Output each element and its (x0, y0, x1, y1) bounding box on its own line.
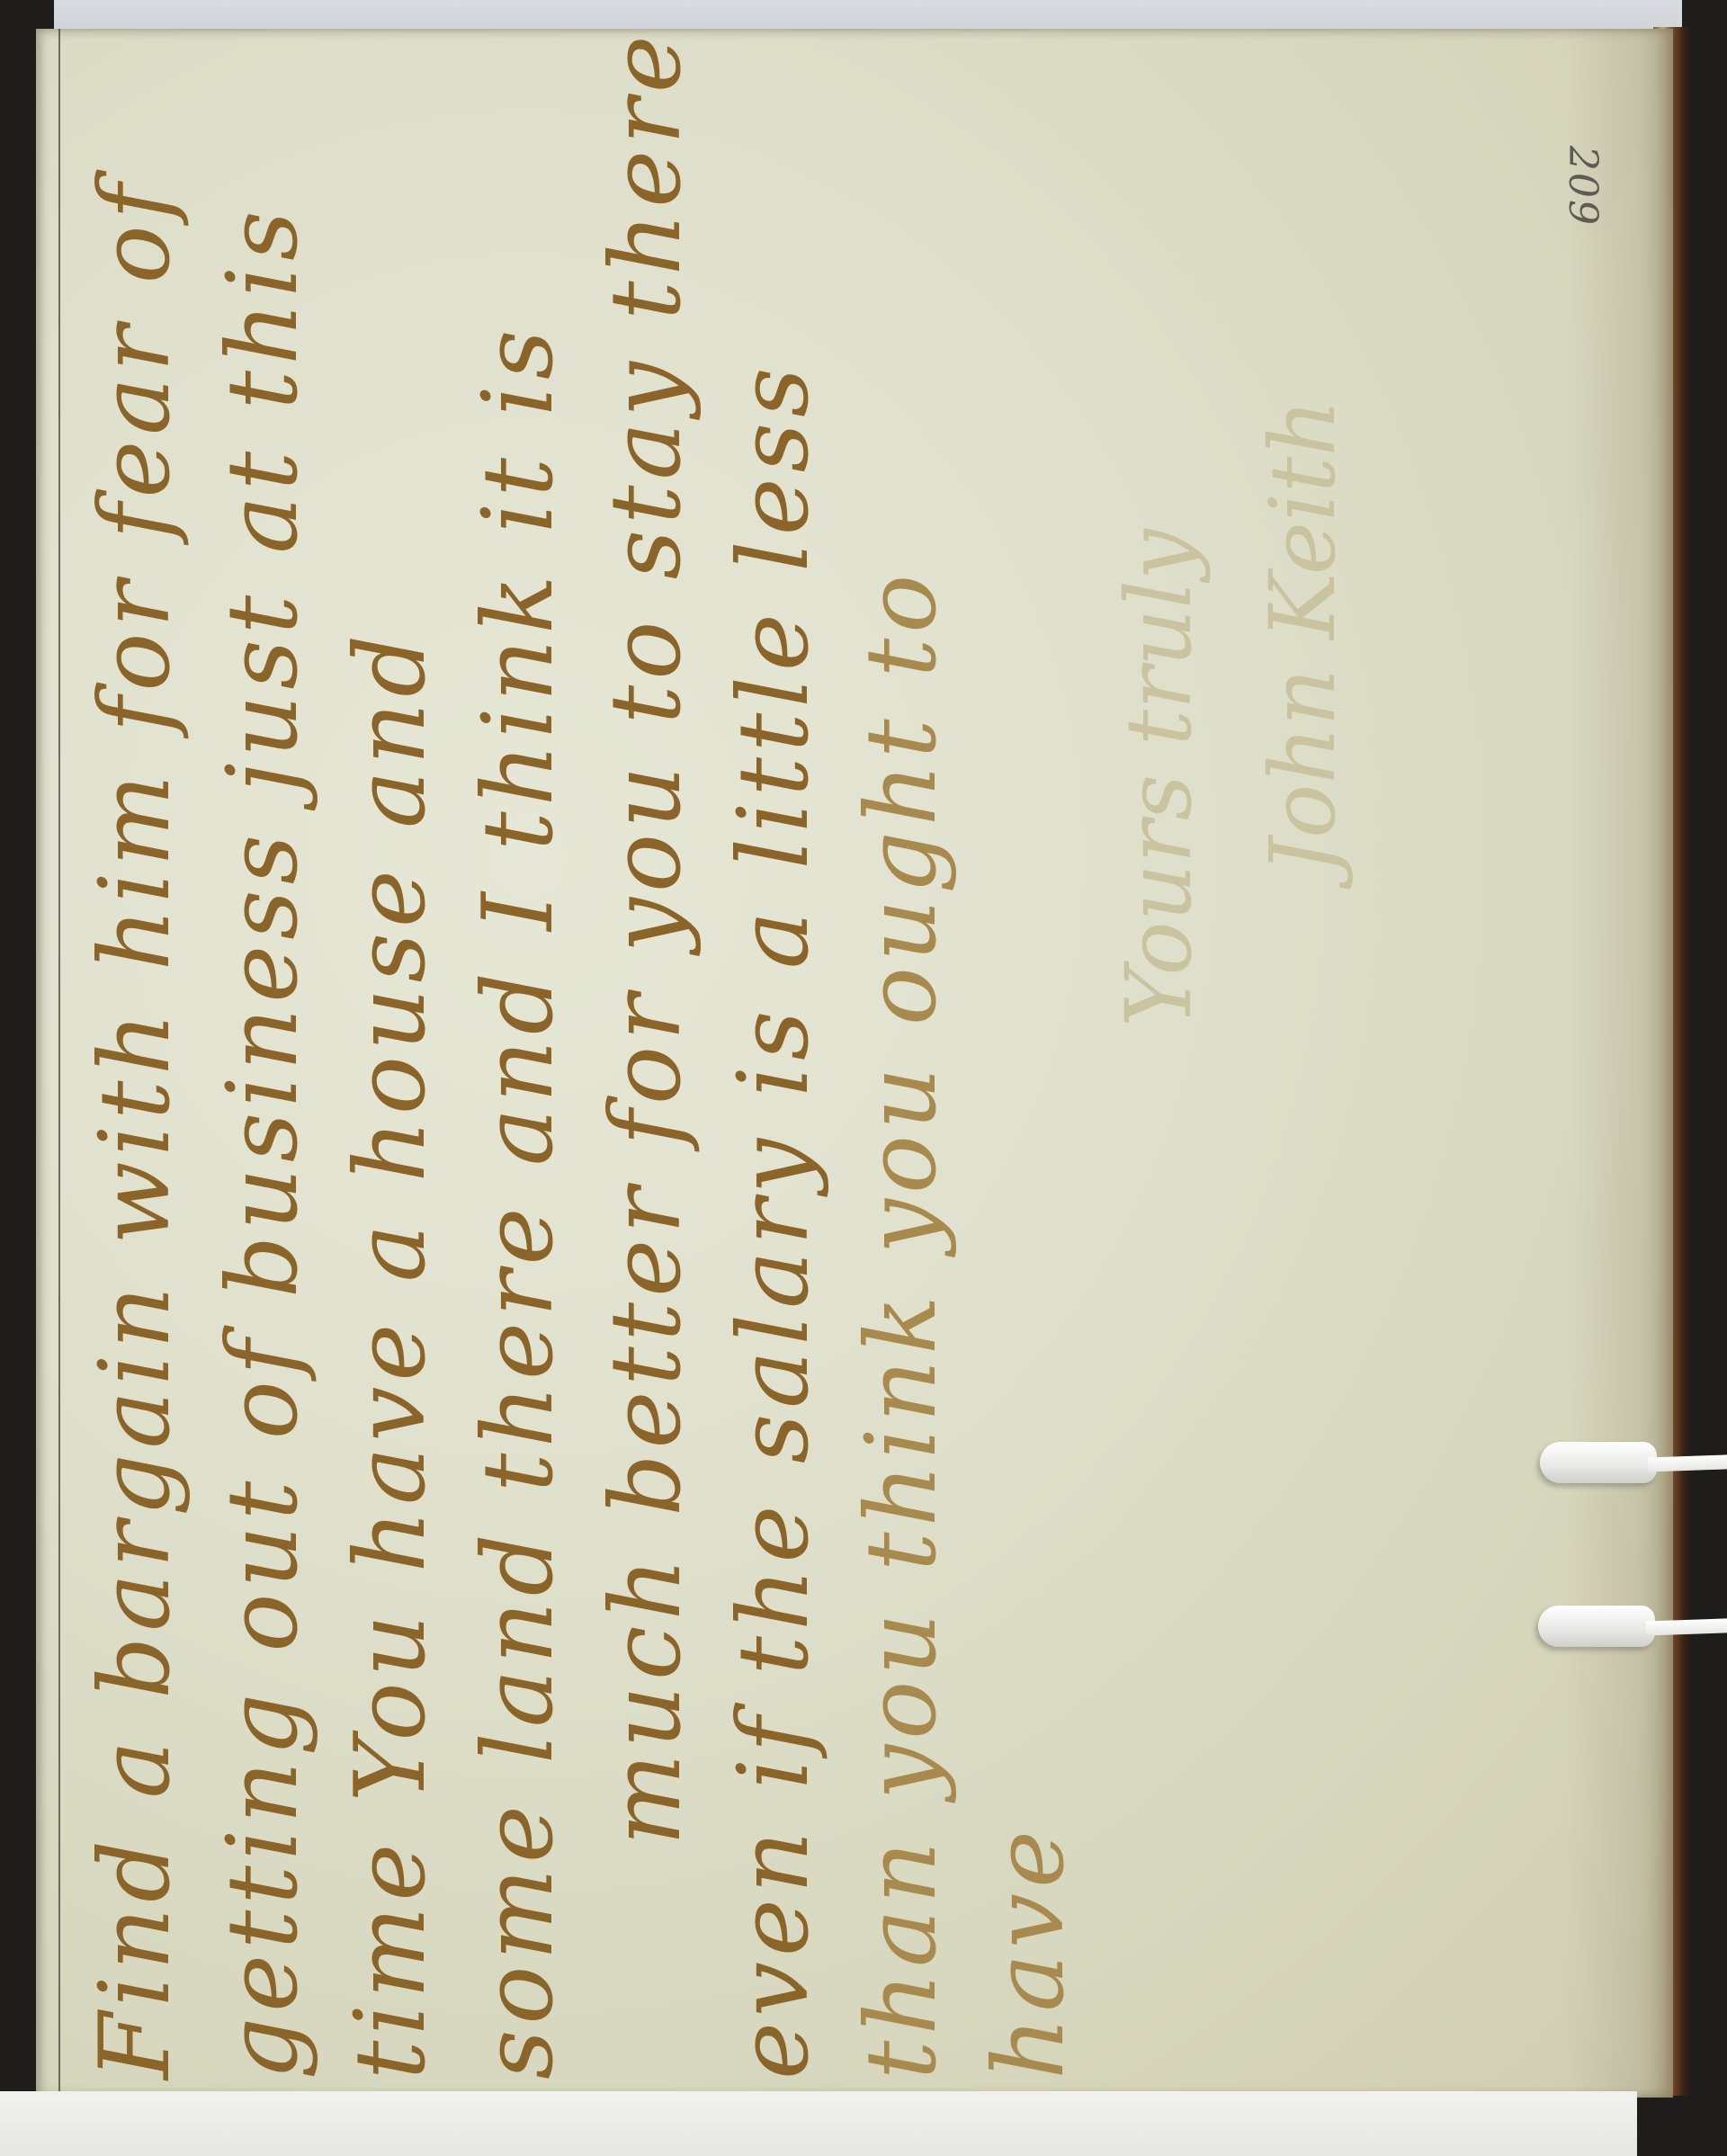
letter-line: Find a bargain with him for fear of (72, 101, 200, 2080)
letter-line: getting out of business just at this (200, 101, 327, 2080)
page-edge-shading (1565, 29, 1673, 2098)
swab-head (1540, 1442, 1657, 1483)
letter-page: 209 Find a bargain with him for fear of … (36, 29, 1673, 2098)
letter-closing: Yours truly (1106, 529, 1212, 1027)
swab-head (1538, 1606, 1655, 1647)
letter-line: time You have a house and (327, 101, 455, 2080)
letter-line: even if the salary is a little less (711, 101, 838, 2080)
scanned-page-image: 209 Find a bargain with him for fear of … (0, 0, 1727, 2156)
letter-line: much better for you to stay there (583, 101, 711, 2080)
interleaf-sheet-bottom (0, 2091, 1637, 2156)
letter-line: have (966, 101, 1094, 2080)
folio-number: 209 (1560, 146, 1606, 227)
letter-line: than you think you ought to (838, 101, 966, 2080)
letter-line: some land there and I think it is (455, 101, 583, 2080)
page-fold-line (58, 29, 60, 2098)
letter-body: Find a bargain with him for fear of gett… (72, 101, 1094, 2080)
letter-signature: John Keith (1250, 398, 1356, 874)
